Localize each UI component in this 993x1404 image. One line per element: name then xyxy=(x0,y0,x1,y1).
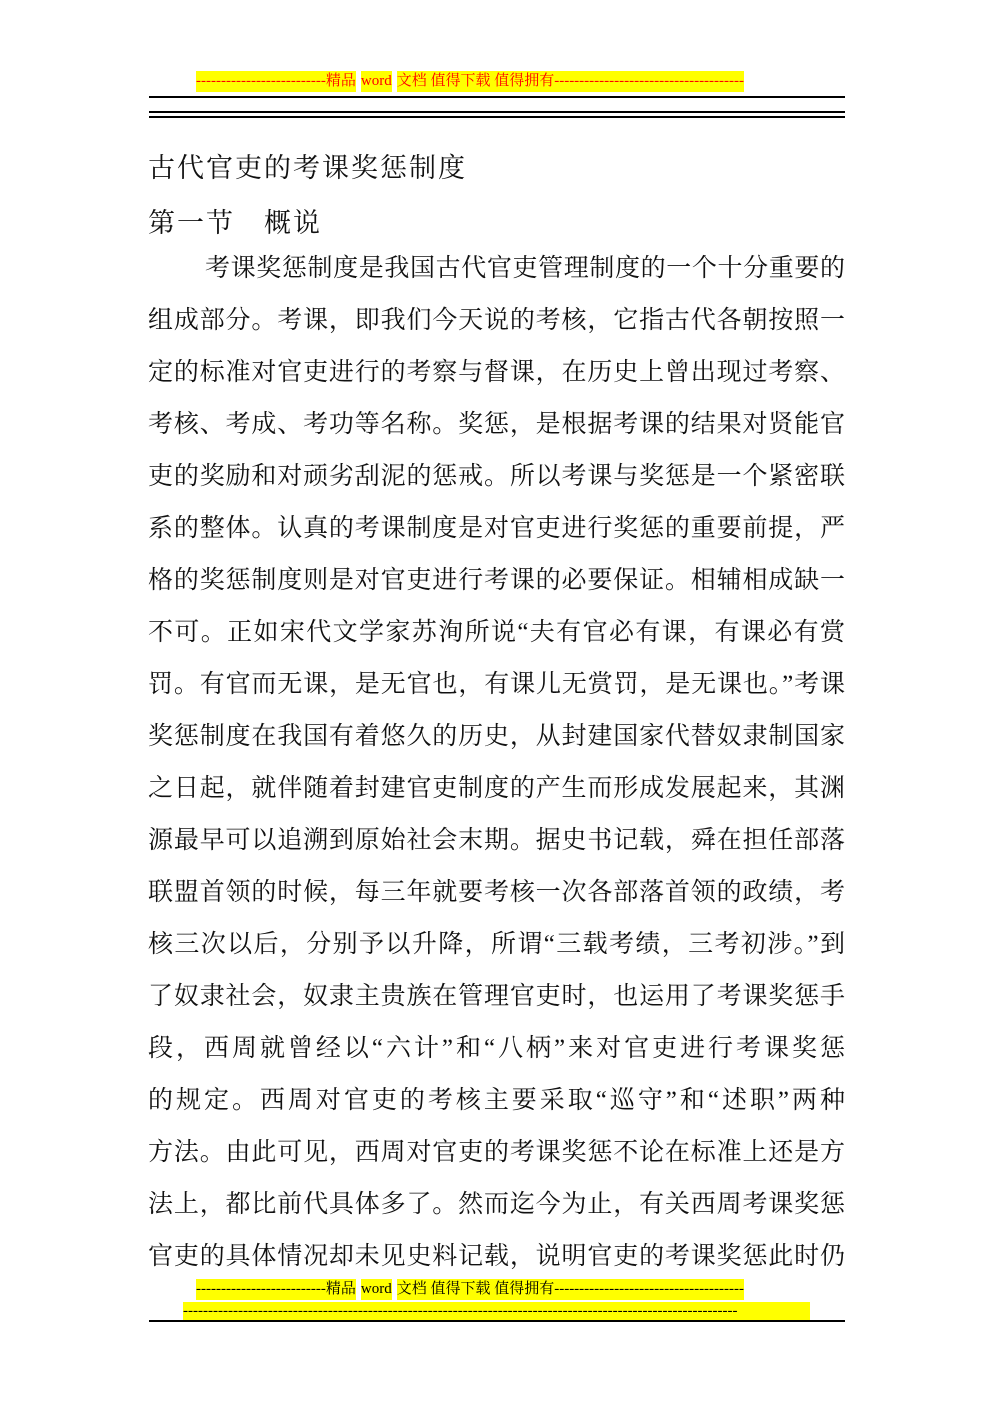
body-text-line: 源最早可以追溯到原始社会末期。据史书记载，舜在担任部落 xyxy=(148,815,845,867)
body-text-line: 组成部分。考课，即我们今天说的考核，它指古代各朝按照一 xyxy=(148,295,845,347)
document-title: 古代官吏的考课奖惩制度 xyxy=(148,146,467,185)
body-text-line: 考核、考成、考功等名称。奖惩，是根据考课的结果对贤能官 xyxy=(148,399,845,451)
body-text-line: 考课奖惩制度是我国古代官吏管理制度的一个十分重要的 xyxy=(148,243,845,295)
header-rule xyxy=(149,96,845,98)
word-document-page: --------------------------精品word文档 值得下载 … xyxy=(0,0,993,1404)
body-text-line: 联盟首领的时候，每三年就要考核一次各部落首领的政绩，考 xyxy=(148,867,845,919)
footer-rule xyxy=(149,1320,845,1322)
page-top-double-rule xyxy=(149,111,845,118)
body-text-line: 的规定。西周对官吏的考核主要采取“巡守”和“述职”两种 xyxy=(148,1075,845,1127)
section-heading: 第一节 概说 xyxy=(148,201,322,240)
body-text-line: 方法。由此可见，西周对官吏的考课奖惩不论在标准上还是方 xyxy=(148,1127,845,1179)
body-text-line: 不可。正如宋代文学家苏洵所说“夫有官必有课，有课必有赏 xyxy=(148,607,845,659)
header-watermark: --------------------------精品word文档 值得下载 … xyxy=(196,71,744,92)
body-text-line: 定的标准对官吏进行的考察与督课，在历史上曾出现过考察、 xyxy=(148,347,845,399)
body-text-line: 之日起，就伴随着封建官吏制度的产生而形成发展起来，其渊 xyxy=(148,763,845,815)
body-text-line: 格的奖惩制度则是对官吏进行考课的必要保证。相辅相成缺一 xyxy=(148,555,845,607)
footer-watermark-seg1: --------------------------精品 xyxy=(196,1279,356,1300)
body-text-line: 核三次以后，分别予以升降，所谓“三载考绩，三考初涉。”到 xyxy=(148,919,845,971)
body-text-line: 了奴隶社会，奴隶主贵族在管理官吏时，也运用了考课奖惩手 xyxy=(148,971,845,1023)
body-text-line: 系的整体。认真的考课制度是对官吏进行奖惩的重要前提，严 xyxy=(148,503,845,555)
header-watermark-seg1: --------------------------精品 xyxy=(196,71,356,92)
header-watermark-seg2: word xyxy=(361,71,392,92)
body-text-line: 奖惩制度在我国有着悠久的历史，从封建国家代替奴隶制国家 xyxy=(148,711,845,763)
body-text-line: 段，西周就曾经以“六计”和“八柄”来对官吏进行考课奖惩 xyxy=(148,1023,845,1075)
footer-watermark-seg3: 文档 值得下载 值得拥有----------------------------… xyxy=(397,1279,744,1300)
footer-watermark-seg2: word xyxy=(361,1279,392,1300)
body-text-line: 吏的奖励和对顽劣刮泥的惩戒。所以考课与奖惩是一个紧密联 xyxy=(148,451,845,503)
footer-watermark: --------------------------精品word文档 值得下载 … xyxy=(196,1279,744,1300)
body-text: 考课奖惩制度是我国古代官吏管理制度的一个十分重要的组成部分。考课，即我们今天说的… xyxy=(148,243,845,1283)
body-text-line: 官吏的具体情况却未见史料记载，说明官吏的考课奖惩此时仍 xyxy=(148,1231,845,1283)
header-watermark-seg3: 文档 值得下载 值得拥有----------------------------… xyxy=(397,71,744,92)
footer-dash-row: ----------------------------------------… xyxy=(183,1302,810,1320)
body-text-line: 罚。有官而无课，是无官也，有课儿无赏罚，是无课也。”考课 xyxy=(148,659,845,711)
body-text-line: 法上，都比前代具体多了。然而迄今为止，有关西周考课奖惩 xyxy=(148,1179,845,1231)
